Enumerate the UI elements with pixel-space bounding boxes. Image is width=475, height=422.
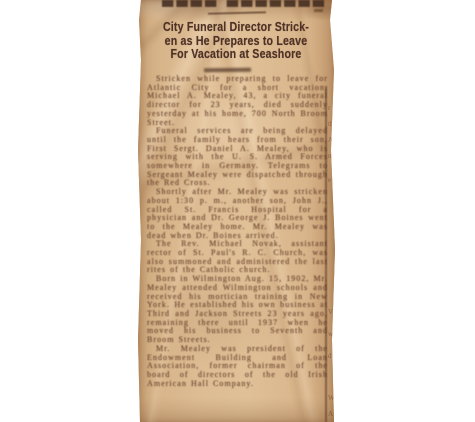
headline-line-2: en as He Prepares to Leave [157, 35, 315, 49]
newspaper-clipping: ████ ███████ City Funeral Director Stric… [138, 0, 335, 422]
dateline-smudge [204, 68, 251, 72]
adjacent-column-glyph: A [328, 410, 333, 418]
adjacent-column-glyph: r [328, 104, 330, 112]
headline-line-3: For Vacation at Seashore [157, 48, 315, 62]
ornament-rule [208, 11, 266, 15]
masthead-cutoff-glyphs: ████ ███████ [162, 0, 326, 7]
body-paragraph: Shortly after Mr. Mealey was stricken ab… [147, 188, 328, 240]
body-paragraph: Funeral services are being delayed until… [147, 127, 328, 188]
body-paragraph: The Rev. Michael Novak, assistant rector… [147, 240, 328, 275]
article-headline: City Funeral Director Strick- en as He P… [157, 21, 315, 62]
headline-line-1: City Funeral Director Strick- [157, 21, 315, 35]
body-paragraph: Stricken while preparing to leave for At… [147, 75, 328, 127]
masthead-cutoff-text: ████ ███████ [162, 0, 326, 9]
adjacent-column-glyph: w [328, 330, 333, 338]
adjacent-column-glyph: A [328, 136, 333, 144]
column-rule [325, 86, 327, 422]
adjacent-column-glyph: m [328, 152, 333, 160]
body-paragraph: Born in Wilmington Aug. 15, 1902, Mr. Me… [147, 275, 328, 345]
body-paragraph: Mr. Mealey was president of the Endowmen… [147, 345, 328, 389]
adjacent-column-glyph: V [328, 308, 333, 316]
ornament-tick [314, 9, 323, 12]
adjacent-column-glyph: W [328, 394, 335, 402]
scanned-clipping-photo: ████ ███████ City Funeral Director Stric… [0, 0, 475, 422]
adjacent-column-glyph: th [328, 120, 333, 128]
adjacent-column-glyph: d [328, 352, 332, 360]
adjacent-column-strip: rthAmeVwdWA [328, 0, 335, 422]
body-text: Stricken while preparing to leave for At… [147, 75, 328, 422]
adjacent-column-glyph: e [328, 176, 331, 184]
